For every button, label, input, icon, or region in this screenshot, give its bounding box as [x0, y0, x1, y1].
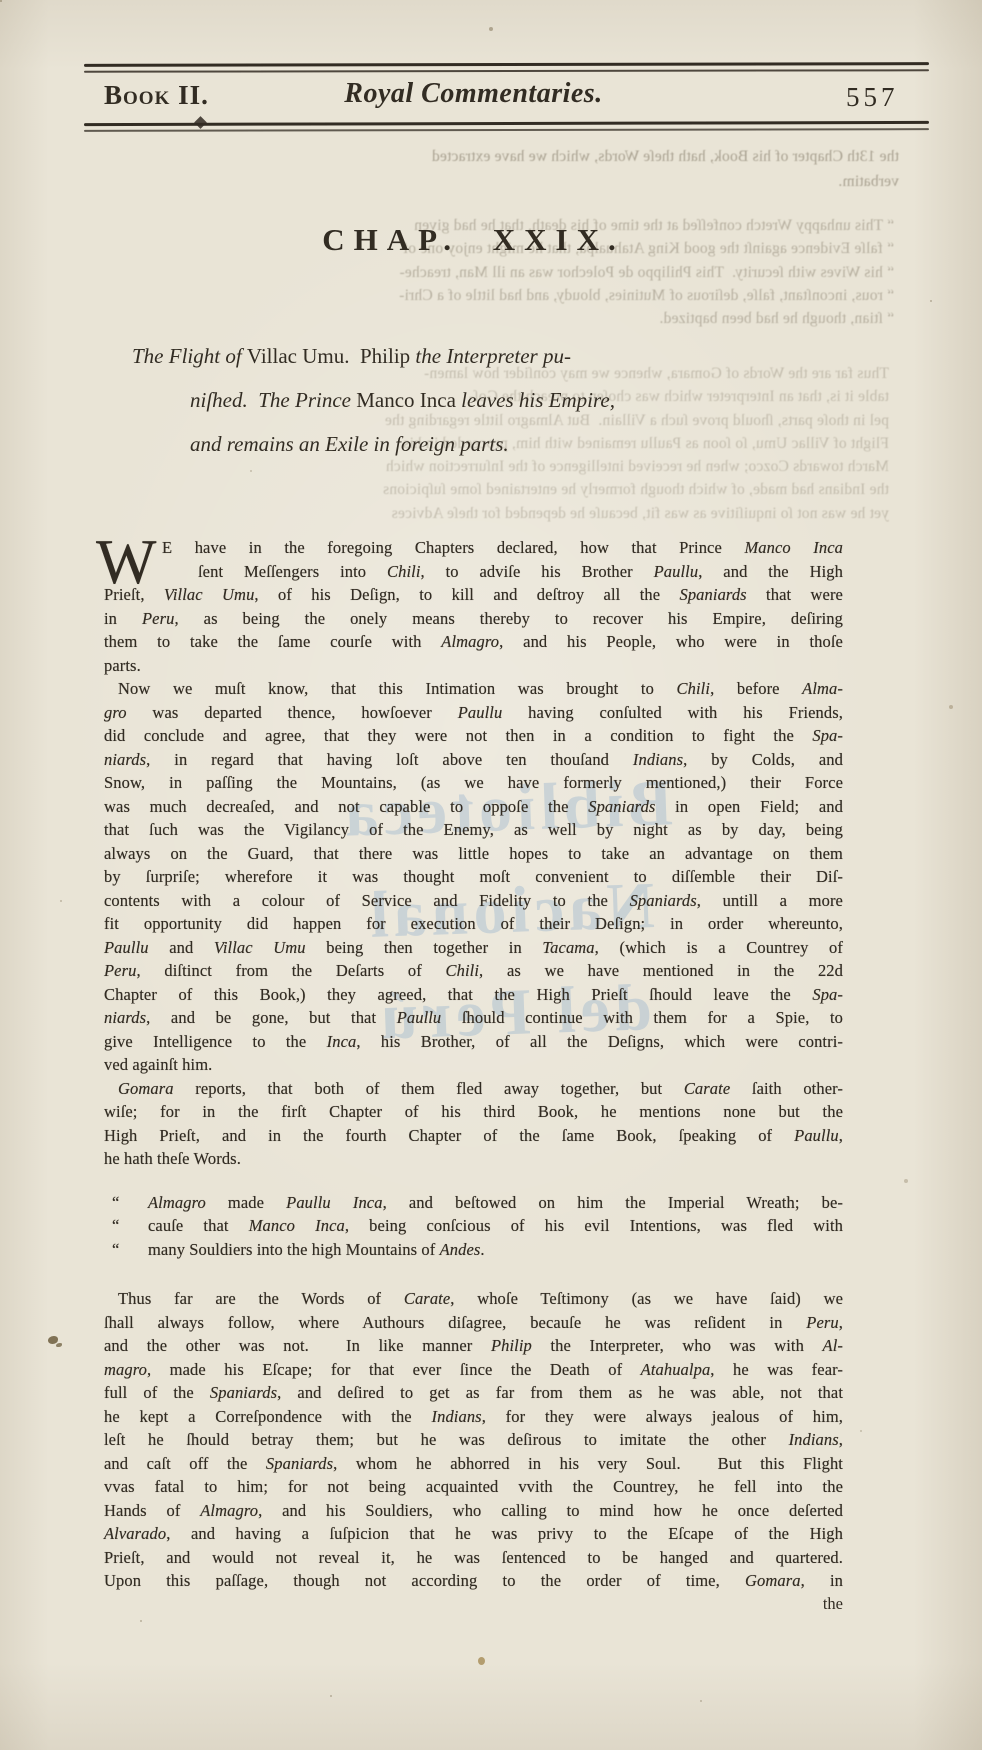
text-line: High Prieſt, and in the fourth Chapter o… [104, 1124, 843, 1148]
paragraph: WE have in the foregoing Chapters declar… [104, 536, 843, 677]
bleedthrough-line: yet he was not ſo inquiſitive as was fit… [94, 502, 889, 525]
summary-line: The Flight of Villac Umu. Philip the Int… [104, 334, 843, 378]
body-text: WE have in the foregoing Chapters declar… [104, 536, 843, 1593]
bleedthrough-text-top: the 13th Chapter of his Book, hath theſe… [84, 144, 899, 194]
text-line: that ſuch was the Vigilancy of the Enemy… [104, 818, 843, 842]
text-line: Alvarado, and having a ſuſpicion that he… [104, 1522, 843, 1546]
text-line: niards, in regard that having loſt above… [104, 748, 843, 772]
text-line: he hath theſe Words. [104, 1147, 843, 1171]
bleedthrough-line: “ his Wives with ſecurity. This Philippo… [94, 261, 894, 284]
book-page-scan: Book II. Royal Commentaries. 557 the 13t… [0, 0, 982, 1750]
header-top-rule-2 [84, 69, 929, 72]
text-line: did conclude and agree, that they were n… [104, 724, 843, 748]
text-line: and caſt off the Spaniards, whom he abho… [104, 1452, 843, 1476]
text-line: parts. [104, 654, 843, 678]
paragraph: Gomara reports, that both of them fled a… [104, 1077, 843, 1171]
text-line: Hands of Almagro, and his Souldiers, who… [104, 1499, 843, 1523]
paragraph: “Almagro made Paullu Inca, and beſtowed … [104, 1191, 843, 1262]
text-line: “many Souldiers into the high Mountains … [104, 1238, 843, 1262]
text-line: Prieſt, and would not reveal it, he was … [104, 1546, 843, 1570]
text-line: full of the Spaniards, and deſired to ge… [104, 1381, 843, 1405]
text-line: Paullu and Villac Umu being then togethe… [104, 936, 843, 960]
page-number: 557 [846, 82, 912, 113]
text-line: always on the Guard, that there was litt… [104, 842, 843, 866]
ink-blot [48, 1336, 58, 1344]
drop-cap: W [96, 537, 154, 582]
text-line: Chapter of this Book,) they agreed, that… [104, 983, 843, 1007]
text-line: Peru, diſtinct from the Deſarts of Chili… [104, 959, 843, 983]
text-line: “cauſe that Manco Inca, being conſcious … [104, 1214, 843, 1238]
text-line: Prieſt, Villac Umu, of his Deſign, to ki… [104, 583, 843, 607]
text-line: give Intelligence to the Inca, his Broth… [104, 1030, 843, 1054]
text-line: by ſurpriſe; wherefore it was thought mo… [104, 865, 843, 889]
chapter-summary: The Flight of Villac Umu. Philip the Int… [104, 334, 843, 466]
header-bottom-rule-2 [84, 128, 929, 132]
text-line: ſent Meſſengers into Chili, to adviſe hi… [104, 560, 843, 584]
bleedthrough-line: “ ſtian, though he had been baptized. [94, 307, 894, 330]
text-line: niards, and be gone, but that Paullu ſho… [104, 1006, 843, 1030]
foxing-spot [478, 1657, 485, 1665]
text-line: ved againſt him. [104, 1053, 843, 1077]
text-line: them to take the ſame courſe with Almagr… [104, 630, 843, 654]
catchword: the [104, 1594, 843, 1614]
running-header: Book II. Royal Commentaries. [104, 78, 843, 118]
rule-diamond-ornament [194, 116, 207, 129]
text-line: in Peru, as being the onely means thereb… [104, 607, 843, 631]
text-line: fit opportunity did happen for execution… [104, 912, 843, 936]
paragraph: Now we muſt know, that this Intimation w… [104, 677, 843, 1077]
text-line: Snow, in paſſing the Mountains, (as we h… [104, 771, 843, 795]
text-line: vvas fatal to him; for not being acquain… [104, 1475, 843, 1499]
text-line: Thus far are the Words of Carate, whoſe … [104, 1287, 843, 1311]
bleedthrough-line: the Indians had made, of which though fo… [94, 478, 889, 501]
summary-line: niſhed. The Prince Manco Inca leaves his… [104, 378, 843, 422]
header-top-rule-1 [84, 62, 929, 67]
bleedthrough-line: “ rous, inconſtant, falſe, deſirous of M… [94, 284, 894, 307]
header-bottom-rule-1 [84, 121, 929, 126]
paragraph: Thus far are the Words of Carate, whoſe … [104, 1287, 843, 1593]
text-line: leſt he ſhould betray them; but he was d… [104, 1428, 843, 1452]
text-line: gro was departed thence, howſoever Paull… [104, 701, 843, 725]
text-line: he kept a Correſpondence with the Indian… [104, 1405, 843, 1429]
text-line: E have in the foregoing Chapters declare… [104, 536, 843, 560]
text-line: was much decreaſed, and not capable to o… [104, 795, 843, 819]
bleedthrough-line: verbatim. [84, 169, 899, 194]
text-line: and the other was not. In like manner Ph… [104, 1334, 843, 1358]
text-line: wiſe; for in the firſt Chapter of his th… [104, 1100, 843, 1124]
text-line: Gomara reports, that both of them fled a… [104, 1077, 843, 1101]
text-line: “Almagro made Paullu Inca, and beſtowed … [104, 1191, 843, 1215]
text-line: Now we muſt know, that this Intimation w… [104, 677, 843, 701]
summary-line: and remains an Exile in foreign parts. [104, 422, 843, 466]
bleedthrough-line: the 13th Chapter of his Book, hath theſe… [84, 144, 899, 169]
text-line: ſhall always follow, where Authours diſa… [104, 1311, 843, 1335]
running-title: Royal Commentaries. [104, 78, 843, 110]
paper-specks [0, 0, 2, 2]
text-line: contents with a colour of Service and Fi… [104, 889, 843, 913]
text-line: Upon this paſſage, though not according … [104, 1569, 843, 1593]
chapter-heading: CHAP. XXIX. [104, 222, 843, 258]
text-line: magro, made his Eſcape; for that ever ſi… [104, 1358, 843, 1382]
